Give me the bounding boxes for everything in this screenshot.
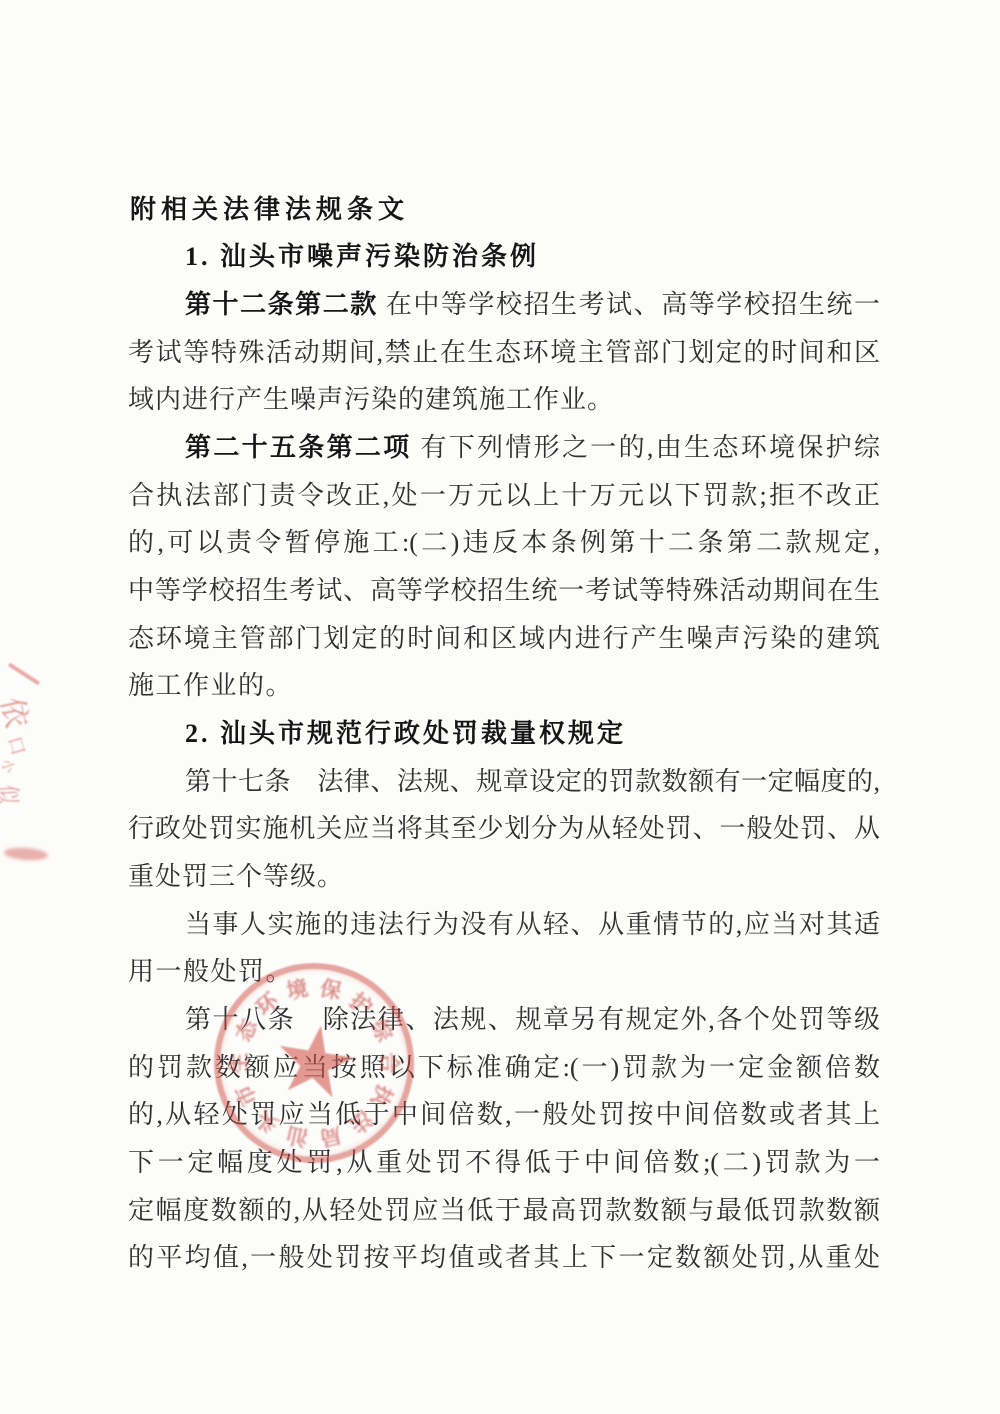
text-run: 施工作业的。 [128,671,293,700]
bold-run: 1. 汕头市噪声污染防治条例 [185,242,539,271]
text-run: 考试等特殊活动期间,禁止在生态环境主管部门划定的时间和区 [128,338,880,367]
bold-run: 附相关法律法规条文 [130,195,409,224]
text-line: 域内进行产生噪声污染的建筑施工作业。 [128,383,614,419]
text-run: 中等学校招生考试、高等学校招生统一考试等特殊活动期间在生 [128,576,880,605]
text-line: 用一般处罚。 [128,955,293,991]
bold-run: 第二十五条第二项 [185,433,412,462]
text-run: 第十七条 法律、法规、规章设定的罚款数额有一定幅度的, [185,767,880,796]
text-line: 的,从轻处罚应当低于中间倍数,一般处罚按中间倍数或者其上 [128,1098,880,1134]
bold-run: 第十二条第二款 [185,290,378,319]
text-run: 行政处罚实施机关应当将其至少划分为从轻处罚、一般处罚、从 [128,814,880,843]
text-line: 当事人实施的违法行为没有从轻、从重情节的,应当对其适 [185,908,880,944]
text-run: 的罚款数额应当按照以下标准确定:(一)罚款为一定金额倍数 [128,1053,880,1082]
text-run: 在中等学校招生考试、高等学校招生统一 [378,290,880,319]
text-run: 合执法部门责令改正,处一万元以上十万元以下罚款;拒不改正 [128,481,880,510]
heading-appendix: 附相关法律法规条文 [130,193,409,229]
text-run: 域内进行产生噪声污染的建筑施工作业。 [128,385,614,414]
text-run: 的平均值,一般处罚按平均值或者其上下一定数额处罚,从重处 [128,1243,880,1272]
text-line: 重处罚三个等级。 [128,860,344,896]
text-line: 合执法部门责令改正,处一万元以上十万元以下罚款;拒不改正 [128,479,880,515]
text-line: 第十二条第二款 在中等学校招生考试、高等学校招生统一 [185,288,880,324]
text-run: 重处罚三个等级。 [128,862,344,891]
text-line: 第二十五条第二项 有下列情形之一的,由生态环境保护综 [185,431,880,467]
text-run: 第十八条 除法律、法规、规章另有规定外,各个处罚等级 [185,1005,880,1034]
text-run: 定幅度数额的,从轻处罚应当低于最高罚款数额与最低罚款数额 [128,1196,880,1225]
edge-stamp-character: 依 [0,693,42,731]
text-run: 态环境主管部门划定的时间和区域内进行产生噪声污染的建筑 [128,624,880,653]
text-line: 考试等特殊活动期间,禁止在生态环境主管部门划定的时间和区 [128,336,880,372]
edge-stamp-character: 口 [2,733,33,759]
text-line: 态环境主管部门划定的时间和区域内进行产生噪声污染的建筑 [128,622,880,658]
text-line: 施工作业的。 [128,669,293,705]
text-line: 的平均值,一般处罚按平均值或者其上下一定数额处罚,从重处 [128,1241,880,1277]
text-line: 行政处罚实施机关应当将其至少划分为从轻处罚、一般处罚、从 [128,812,880,848]
text-line: 中等学校招生考试、高等学校招生统一考试等特殊活动期间在生 [128,574,880,610]
scanned-document-page: 附相关法律法规条文 1. 汕头市噪声污染防治条例 第十二条第二款 在中等学校招生… [0,0,1000,1414]
text-line: 的,可以责令暂停施工:(二)违反本条例第十二条第二款规定, [128,526,880,562]
text-line: 下一定幅度处罚,从重处罚不得低于中间倍数;(二)罚款为一 [128,1146,880,1182]
edge-stamp-smudge-icon [4,846,49,861]
text-line: 第十八条 除法律、法规、规章另有规定外,各个处罚等级 [185,1003,880,1039]
text-line: 定幅度数额的,从轻处罚应当低于最高罚款数额与最低罚款数额 [128,1194,880,1230]
text-run: 下一定幅度处罚,从重处罚不得低于中间倍数;(二)罚款为一 [128,1148,880,1177]
text-run: 当事人实施的违法行为没有从轻、从重情节的,应当对其适 [185,910,880,939]
heading-regulation-1: 1. 汕头市噪声污染防治条例 [185,240,539,276]
text-line: 第十七条 法律、法规、规章设定的罚款数额有一定幅度的, [185,765,880,801]
edge-stamp: 依 口 小 似 [0,660,70,880]
text-run: 的,从轻处罚应当低于中间倍数,一般处罚按中间倍数或者其上 [128,1100,880,1129]
bold-run: 2. 汕头市规范行政处罚裁量权规定 [185,719,626,748]
text-line: 的罚款数额应当按照以下标准确定:(一)罚款为一定金额倍数 [128,1051,880,1087]
edge-stamp-stroke-icon [8,663,40,686]
text-run: 用一般处罚。 [128,957,293,986]
text-run: 的,可以责令暂停施工:(二)违反本条例第十二条第二款规定, [128,528,880,557]
edge-stamp-character: 似 [0,784,28,805]
text-run: 有下列情形之一的,由生态环境保护综 [412,433,880,462]
edge-stamp-character: 小 [0,756,20,776]
heading-regulation-2: 2. 汕头市规范行政处罚裁量权规定 [185,717,626,753]
seal-arc-character: 保 [317,972,344,1006]
